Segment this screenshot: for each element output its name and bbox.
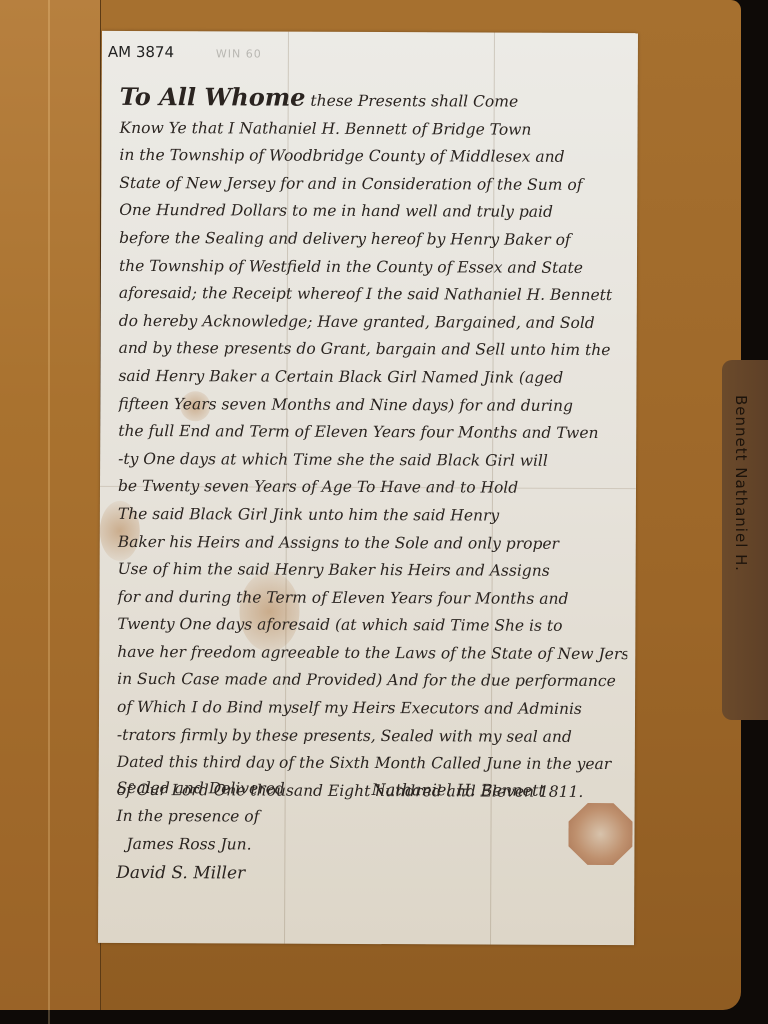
text-line: for and during the Term of Eleven Years … [117, 584, 627, 614]
text-line: of Which I do Bind myself my Heirs Execu… [117, 694, 627, 724]
witness-signature: James Ross Jun. [116, 835, 626, 865]
text-line: Know Ye that I Nathaniel H. Bennett of B… [120, 115, 630, 145]
signature-block: Sealed and Delivered In the presence of … [116, 779, 626, 893]
witness-signature: David S. Miller [116, 863, 626, 893]
heading-line: To All Whome these Presents shall Come [120, 83, 630, 117]
text-line: be Twenty seven Years of Age To Have and… [118, 473, 628, 503]
folder-tab-label: Bennett Nathaniel H. [732, 395, 750, 572]
catalog-number: AM 3874 [108, 43, 174, 61]
text-line: before the Sealing and delivery hereof b… [119, 225, 629, 255]
text-line: -trators firmly by these presents, Seale… [117, 722, 627, 752]
text-line: the full End and Term of Eleven Years fo… [118, 418, 628, 448]
text-line: Baker his Heirs and Assigns to the Sole … [118, 528, 628, 558]
text-line: fifteen Years seven Months and Nine days… [118, 390, 628, 420]
text-line: State of New Jersey for and in Considera… [119, 170, 629, 200]
text-line: do hereby Acknowledge; Have granted, Bar… [119, 308, 629, 338]
presence-text: In the presence of [116, 807, 626, 837]
text-line: aforesaid; the Receipt whereof I the sai… [119, 280, 629, 310]
text-line: the Township of Westfield in the County … [119, 252, 629, 282]
text-line: in the Township of Woodbridge County of … [119, 142, 629, 172]
text-line: Use of him the said Henry Baker his Heir… [118, 556, 628, 586]
text-line: Twenty One days aforesaid (at which said… [117, 611, 627, 641]
text-line: in Such Case made and Provided) And for … [117, 666, 627, 696]
archive-stamp: WIN 60 [216, 47, 262, 60]
text-line: and by these presents do Grant, bargain … [119, 335, 629, 365]
text-line: have her freedom agreeable to the Laws o… [117, 639, 627, 669]
text-line: One Hundred Dollars to me in hand well a… [119, 197, 629, 227]
text-line: these Presents shall Come [310, 92, 518, 111]
text-line: The said Black Girl Jink unto him the sa… [118, 501, 628, 531]
text-line: said Henry Baker a Certain Black Girl Na… [118, 363, 628, 393]
document-heading: To All Whome [120, 83, 306, 112]
grantor-signature: Nathaniel H. Bennett [372, 780, 545, 800]
document-body: To All Whome these Presents shall Come K… [117, 83, 630, 807]
indenture-document: AM 3874 WIN 60 To All Whome these Presen… [98, 31, 638, 945]
text-line: -ty One days at which Time she the said … [118, 446, 628, 476]
folder-crease [48, 0, 50, 1024]
text-line: Dated this third day of the Sixth Month … [117, 749, 627, 779]
